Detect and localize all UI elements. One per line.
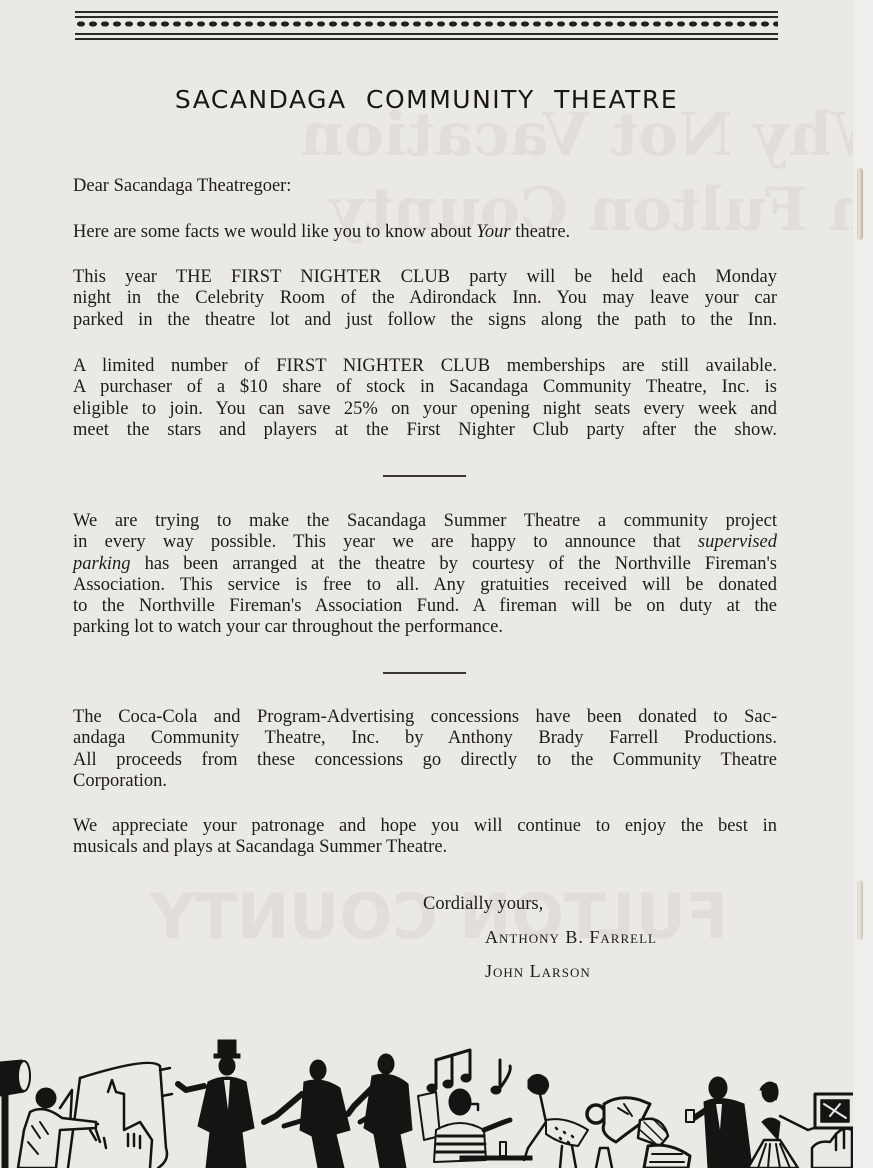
- border-dot-chain: [75, 21, 778, 27]
- emphasis: parking: [73, 554, 131, 574]
- paragraph-appreciation: We appreciate your patronage and hope yo…: [73, 816, 777, 859]
- page-title: SACANDAGA COMMUNITY THEATRE: [0, 85, 853, 114]
- paragraph-concessions: The Coca-Cola and Program-Advertising co…: [73, 707, 777, 792]
- intro-emphasis: Your: [476, 222, 510, 242]
- text-line: We appreciate your patronage and hope yo…: [73, 816, 777, 837]
- text-fragment: in every way possible. This year we are …: [73, 532, 681, 552]
- page-tear-mark: [857, 880, 863, 940]
- text-line: night in the Celebrity Room of the Adiro…: [73, 288, 777, 309]
- revolver-in-fist-icon: [587, 1098, 690, 1168]
- border-rule: [75, 16, 778, 18]
- text-line: The Coca-Cola and Program-Advertising co…: [73, 707, 777, 728]
- paragraph-memberships: A limited number of FIRST NIGHTER CLUB m…: [73, 356, 777, 441]
- text-line: A limited number of FIRST NIGHTER CLUB m…: [73, 356, 777, 377]
- man-with-glass-icon: [686, 1077, 752, 1168]
- signatory-farrell: Anthony B. Farrell: [485, 927, 657, 948]
- text-line: A purchaser of a $10 share of stock in S…: [73, 377, 777, 398]
- intro-text: Here are some facts we would like you to…: [73, 222, 476, 242]
- intro-text: theatre.: [511, 222, 571, 242]
- page-tear-mark: [857, 168, 863, 240]
- closing: Cordially yours,: [423, 894, 543, 915]
- text-line: Corporation.: [73, 771, 777, 792]
- dancing-man-icon: [348, 1054, 412, 1168]
- text-fragment: has been arranged at the theatre by cour…: [145, 554, 777, 574]
- musician-with-pipe-icon: [418, 1089, 532, 1162]
- border-rule: [75, 33, 778, 35]
- letter-page: Why Not Vacation in Fulton County FULTON…: [0, 0, 853, 1168]
- text-line: to the Northville Fireman's Association …: [73, 596, 777, 617]
- section-divider: [383, 672, 466, 674]
- text-line: in every way possible. This year we are …: [73, 532, 777, 553]
- emcee-top-hat-icon: [178, 1040, 254, 1168]
- picture-frame-icon: [815, 1094, 855, 1128]
- text-line: parked in the theatre lot and just follo…: [73, 310, 777, 331]
- section-divider: [383, 475, 466, 477]
- text-line: We are trying to make the Sacandaga Summ…: [73, 511, 777, 532]
- paragraph-supervised-parking: We are trying to make the Sacandaga Summ…: [73, 511, 777, 639]
- text-line: meet the stars and players at the First …: [73, 420, 777, 441]
- painter-figure-icon: [18, 1088, 96, 1168]
- emphasis: supervised: [698, 532, 777, 552]
- page-edge: [853, 0, 873, 1168]
- text-line: andaga Community Theatre, Inc. by Anthon…: [73, 728, 777, 749]
- woman-in-gown-icon: [748, 1082, 820, 1168]
- intro-line: Here are some facts we would like you to…: [73, 222, 777, 243]
- signatory-larson: John Larson: [485, 961, 591, 982]
- armchair-icon: [812, 1129, 852, 1168]
- text-line: eligible to join. You can save 25% on yo…: [73, 399, 777, 420]
- salutation: Dear Sacandaga Theatregoer:: [73, 176, 777, 197]
- text-line: musicals and plays at Sacandaga Summer T…: [73, 837, 777, 858]
- text-line: This year THE FIRST NIGHTER CLUB party w…: [73, 267, 777, 288]
- scenic-painter-icon: [60, 1063, 172, 1168]
- border-rule: [75, 38, 778, 40]
- text-line: parking has been arranged at the theatre…: [73, 554, 777, 575]
- text-line: Association. This service is free to all…: [73, 575, 777, 596]
- text-line: All proceeds from these concessions go d…: [73, 750, 777, 771]
- dancing-man-icon: [264, 1060, 350, 1168]
- border-rule: [75, 11, 778, 13]
- theatre-illustration-strip: [0, 1030, 873, 1168]
- text-line: parking lot to watch your car throughout…: [73, 617, 777, 638]
- dancing-girl-icon: [524, 1074, 588, 1168]
- music-notes-icon: [427, 1050, 510, 1094]
- paragraph-first-nighter-party: This year THE FIRST NIGHTER CLUB party w…: [73, 267, 777, 331]
